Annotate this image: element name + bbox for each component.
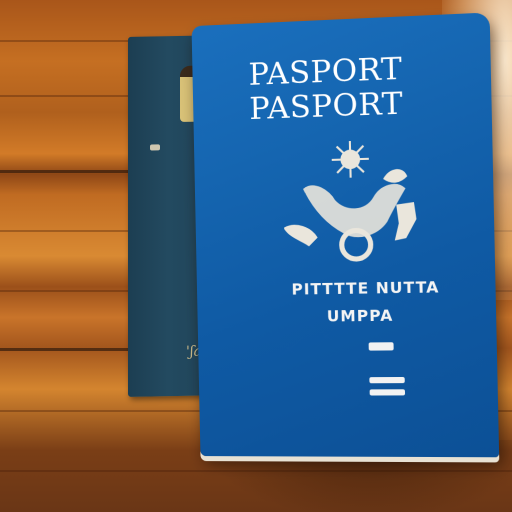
passport-title-line-2: PASPORT	[249, 86, 403, 127]
front-passport: PASPORT PASPORT PITTTTE NUTTA UMPPA	[192, 12, 500, 457]
wooden-table-background: 'ʃa PASPORT PASPORT PITTTTE NUTTA UMPPA	[0, 0, 512, 512]
cover-mark-bar	[369, 377, 404, 383]
scuff-mark	[150, 144, 160, 150]
eagle-seal-emblem-icon	[282, 137, 429, 273]
cover-mark-bar	[370, 389, 405, 395]
plank-seam	[0, 170, 140, 173]
plank-seam	[0, 348, 140, 351]
cover-mark-bar	[369, 342, 394, 350]
passport-subtitle-line-2: UMPPA	[327, 306, 394, 325]
passport-subtitle-line-1: PITTTTE NUTTA	[291, 278, 439, 299]
